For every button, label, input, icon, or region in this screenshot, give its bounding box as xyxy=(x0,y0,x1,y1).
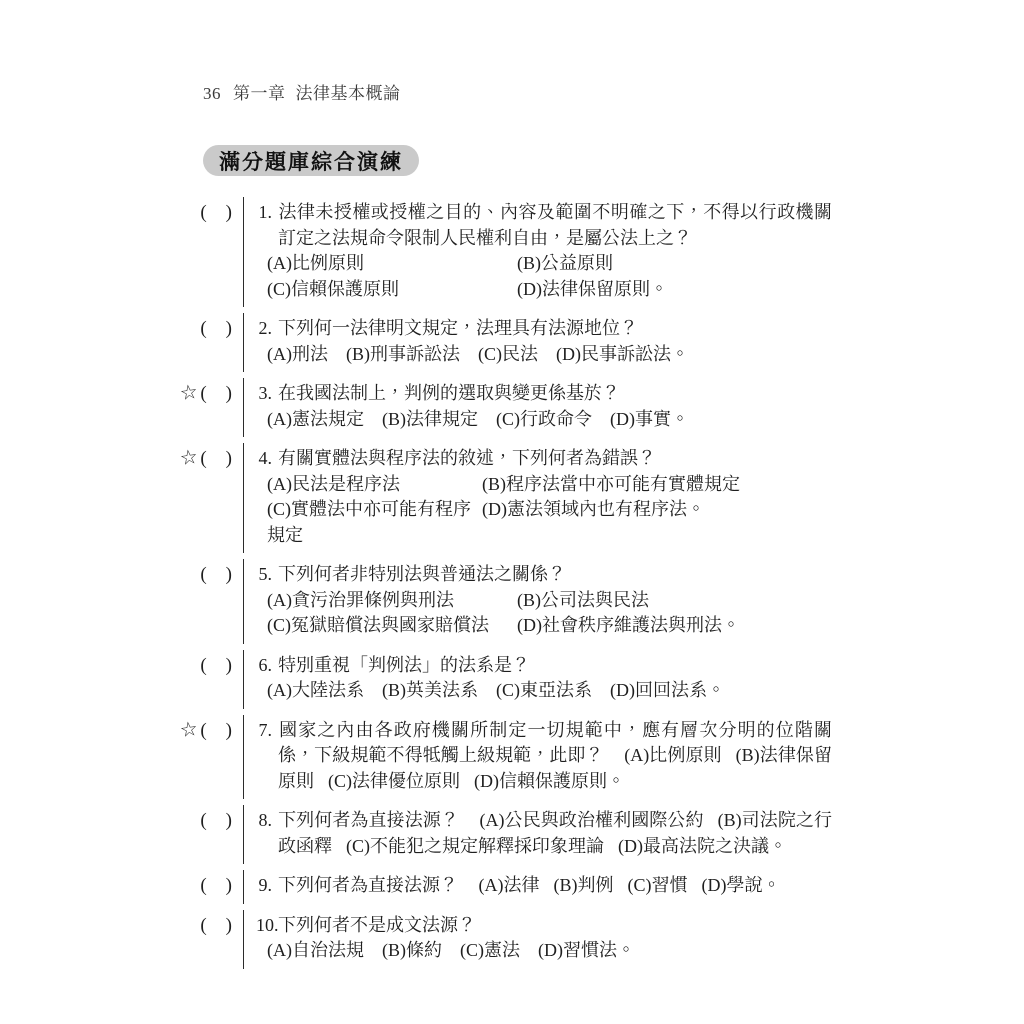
question-number: 10. xyxy=(256,913,272,939)
question-stem: 在我國法制上，判例的選取與變更係基於？ xyxy=(278,383,620,403)
page-number: 36 xyxy=(203,84,221,104)
option: (B)條約 xyxy=(382,940,442,960)
option: (A)法律 xyxy=(479,875,540,895)
paren-open: ( xyxy=(200,718,206,744)
question-row: () 1.法律未授權或授權之目的、內容及範圍不明確之下，不得以行政機關訂定之法規… xyxy=(180,197,832,307)
question-list: () 1.法律未授權或授權之目的、內容及範圍不明確之下，不得以行政機關訂定之法規… xyxy=(180,197,832,975)
question-number: 1. xyxy=(256,200,272,226)
question-body: 10.下列何者不是成文法源？ (A)自治法規(B)條約(C)憲法(D)習慣法。 xyxy=(243,910,832,969)
answer-parens: () xyxy=(180,910,243,969)
question-number: 7. xyxy=(256,718,272,744)
option: (C)行政命令 xyxy=(496,409,592,429)
answer-parens: ☆ () xyxy=(180,443,243,553)
option: (D)信賴保護原則。 xyxy=(474,771,625,791)
answer-parens: ☆ () xyxy=(180,378,243,437)
answer-parens: () xyxy=(180,650,243,709)
paren-close: ) xyxy=(226,653,232,679)
question-number: 3. xyxy=(256,381,272,407)
star-icon: ☆ xyxy=(179,380,200,408)
paren-close: ) xyxy=(226,873,232,899)
answer-parens: () xyxy=(180,197,243,307)
question-body: 6.特別重視「判例法」的法系是？ (A)大陸法系(B)英美法系(C)東亞法系(D… xyxy=(243,650,832,709)
question-body: 8.下列何者為直接法源？ (A)公民與政治權利國際公約(B)司法院之行政函釋(C… xyxy=(243,805,832,864)
question-paragraph: 6.特別重視「判例法」的法系是？ xyxy=(256,653,832,679)
question-paragraph: 9.下列何者為直接法源？ (A)法律(B)判例(C)習慣(D)學說。 xyxy=(256,873,832,899)
option: (D)民事訴訟法。 xyxy=(556,344,689,364)
question-paragraph: 10.下列何者不是成文法源？ xyxy=(256,913,832,939)
question-stem: 下列何者為直接法源？ xyxy=(278,810,459,830)
option: (A)民法是程序法 xyxy=(267,472,482,498)
question-number: 9. xyxy=(256,873,272,899)
paren-open: ( xyxy=(200,653,206,679)
question-paragraph: 1.法律未授權或授權之目的、內容及範圍不明確之下，不得以行政機關訂定之法規命令限… xyxy=(256,200,832,251)
option: (A)自治法規 xyxy=(267,940,364,960)
option: (C)民法 xyxy=(478,344,538,364)
option: (A)比例原則 xyxy=(267,251,517,277)
option-group: (A)貪污治罪條例與刑法(B)公司法與民法(C)冤獄賠償法與國家賠償法(D)社會… xyxy=(267,588,832,639)
question-row: () 8.下列何者為直接法源？ (A)公民與政治權利國際公約(B)司法院之行政函… xyxy=(180,805,832,864)
question-row: () 10.下列何者不是成文法源？ (A)自治法規(B)條約(C)憲法(D)習慣… xyxy=(180,910,832,969)
option: (D)最高法院之決議。 xyxy=(618,836,787,856)
question-stem: 特別重視「判例法」的法系是？ xyxy=(278,655,530,675)
question-body: 7.國家之內由各政府機關所制定一切規範中，應有層次分明的位階關係，下級規範不得牴… xyxy=(243,715,832,800)
option: (A)貪污治罪條例與刑法 xyxy=(267,588,517,614)
question-body: 5.下列何者非特別法與普通法之關係？ (A)貪污治罪條例與刑法(B)公司法與民法… xyxy=(243,559,832,644)
question-body: 4.有關實體法與程序法的敘述，下列何者為錯誤？ (A)民法是程序法(B)程序法當… xyxy=(243,443,832,553)
option: (A)大陸法系 xyxy=(267,680,364,700)
question-stem: 法律未授權或授權之目的、內容及範圍不明確之下，不得以行政機關訂定之法規命令限制人… xyxy=(278,202,832,248)
option: (C)冤獄賠償法與國家賠償法 xyxy=(267,613,517,639)
question-paragraph: 3.在我國法制上，判例的選取與變更係基於？ xyxy=(256,381,832,407)
question-row: () 2.下列何一法律明文規定，法理具有法源地位？ (A)刑法(B)刑事訴訟法(… xyxy=(180,313,832,372)
option: (B)英美法系 xyxy=(382,680,478,700)
option: (B)程序法當中亦可能有實體規定 xyxy=(482,472,832,498)
question-paragraph: 5.下列何者非特別法與普通法之關係？ xyxy=(256,562,832,588)
answer-parens: () xyxy=(180,313,243,372)
paren-close: ) xyxy=(226,381,232,407)
paren-close: ) xyxy=(226,200,232,226)
question-row: ☆ () 3.在我國法制上，判例的選取與變更係基於？ (A)憲法規定(B)法律規… xyxy=(180,378,832,437)
option-group: (A)刑法(B)刑事訴訟法(C)民法(D)民事訴訟法。 xyxy=(267,342,832,368)
question-stem: 下列何者為直接法源？ xyxy=(278,875,458,895)
question-stem: 下列何者非特別法與普通法之關係？ xyxy=(278,564,566,584)
paren-open: ( xyxy=(200,316,206,342)
question-paragraph: 2.下列何一法律明文規定，法理具有法源地位？ xyxy=(256,316,832,342)
option: (D)習慣法。 xyxy=(538,940,635,960)
question-number: 6. xyxy=(256,653,272,679)
question-row: () 9.下列何者為直接法源？ (A)法律(B)判例(C)習慣(D)學說。 xyxy=(180,870,832,904)
question-body: 9.下列何者為直接法源？ (A)法律(B)判例(C)習慣(D)學說。 xyxy=(243,870,832,904)
question-body: 3.在我國法制上，判例的選取與變更係基於？ (A)憲法規定(B)法律規定(C)行… xyxy=(243,378,832,437)
question-stem: 有關實體法與程序法的敘述，下列何者為錯誤？ xyxy=(278,448,656,468)
option: (A)憲法規定 xyxy=(267,409,364,429)
question-paragraph: 4.有關實體法與程序法的敘述，下列何者為錯誤？ xyxy=(256,446,832,472)
paren-open: ( xyxy=(200,808,206,834)
chapter-title: 法律基本概論 xyxy=(296,79,401,104)
option: (B)公司法與民法 xyxy=(517,588,832,614)
option: (B)刑事訴訟法 xyxy=(346,344,460,364)
option: (B)法律規定 xyxy=(382,409,478,429)
option: (A)比例原則 xyxy=(624,745,721,765)
question-stem: 下列何一法律明文規定，法理具有法源地位？ xyxy=(278,318,638,338)
question-number: 2. xyxy=(256,316,272,342)
option: (B)公益原則 xyxy=(517,251,832,277)
option: (C)法律優位原則 xyxy=(328,771,460,791)
option: (D)法律保留原則。 xyxy=(517,277,832,303)
question-stem: 下列何者不是成文法源？ xyxy=(278,915,476,935)
paren-open: ( xyxy=(200,381,206,407)
section-badge: 滿分題庫綜合演練 xyxy=(203,145,419,176)
option: (D)社會秩序維護法與刑法。 xyxy=(517,613,832,639)
option-group: (A)大陸法系(B)英美法系(C)東亞法系(D)回回法系。 xyxy=(267,678,832,704)
question-paragraph: 8.下列何者為直接法源？ (A)公民與政治權利國際公約(B)司法院之行政函釋(C… xyxy=(256,808,832,859)
question-row: ☆ () 7.國家之內由各政府機關所制定一切規範中，應有層次分明的位階關係，下級… xyxy=(180,715,832,800)
paren-close: ) xyxy=(226,446,232,472)
answer-parens: ☆ () xyxy=(180,715,243,800)
book-page: 36 第一章 法律基本概論 滿分題庫綜合演練 () 1.法律未授權或授權之目的、… xyxy=(0,0,1024,1024)
question-paragraph: 7.國家之內由各政府機關所制定一切規範中，應有層次分明的位階關係，下級規範不得牴… xyxy=(256,718,832,795)
option: (C)東亞法系 xyxy=(496,680,592,700)
paren-open: ( xyxy=(200,913,206,939)
option-group: (A)憲法規定(B)法律規定(C)行政命令(D)事實。 xyxy=(267,407,832,433)
option: (C)實體法中亦可能有程序規定 xyxy=(267,497,482,548)
option: (B)判例 xyxy=(554,875,614,895)
option: (D)回回法系。 xyxy=(610,680,725,700)
answer-parens: () xyxy=(180,559,243,644)
running-head: 36 第一章 法律基本概論 xyxy=(203,79,401,104)
paren-close: ) xyxy=(226,718,232,744)
paren-close: ) xyxy=(226,562,232,588)
question-number: 4. xyxy=(256,446,272,472)
option: (A)刑法 xyxy=(267,344,328,364)
answer-parens: () xyxy=(180,805,243,864)
question-row: ☆ () 4.有關實體法與程序法的敘述，下列何者為錯誤？ (A)民法是程序法(B… xyxy=(180,443,832,553)
option-group: (A)自治法規(B)條約(C)憲法(D)習慣法。 xyxy=(267,938,832,964)
paren-close: ) xyxy=(226,808,232,834)
option: (C)習慣 xyxy=(628,875,688,895)
question-body: 2.下列何一法律明文規定，法理具有法源地位？ (A)刑法(B)刑事訴訟法(C)民… xyxy=(243,313,832,372)
star-icon: ☆ xyxy=(179,716,200,744)
paren-open: ( xyxy=(200,200,206,226)
option: (C)憲法 xyxy=(460,940,520,960)
paren-open: ( xyxy=(200,873,206,899)
option: (C)不能犯之規定解釋採印象理論 xyxy=(346,836,604,856)
question-body: 1.法律未授權或授權之目的、內容及範圍不明確之下，不得以行政機關訂定之法規命令限… xyxy=(243,197,832,307)
option-group: (A)比例原則(B)公益原則(C)信賴保護原則(D)法律保留原則。 xyxy=(267,251,832,302)
paren-open: ( xyxy=(200,562,206,588)
question-row: () 6.特別重視「判例法」的法系是？ (A)大陸法系(B)英美法系(C)東亞法… xyxy=(180,650,832,709)
option: (D)事實。 xyxy=(610,409,689,429)
question-number: 5. xyxy=(256,562,272,588)
option: (C)信賴保護原則 xyxy=(267,277,517,303)
option-group: (A)民法是程序法(B)程序法當中亦可能有實體規定(C)實體法中亦可能有程序規定… xyxy=(267,472,832,549)
answer-parens: () xyxy=(180,870,243,904)
paren-close: ) xyxy=(226,316,232,342)
option: (D)憲法領域內也有程序法。 xyxy=(482,497,832,548)
question-number: 8. xyxy=(256,808,272,834)
option: (A)公民與政治權利國際公約 xyxy=(480,810,704,830)
question-row: () 5.下列何者非特別法與普通法之關係？ (A)貪污治罪條例與刑法(B)公司法… xyxy=(180,559,832,644)
paren-open: ( xyxy=(200,446,206,472)
option: (D)學說。 xyxy=(702,875,781,895)
chapter-label: 第一章 xyxy=(233,79,286,104)
paren-close: ) xyxy=(226,913,232,939)
star-icon: ☆ xyxy=(179,445,200,473)
